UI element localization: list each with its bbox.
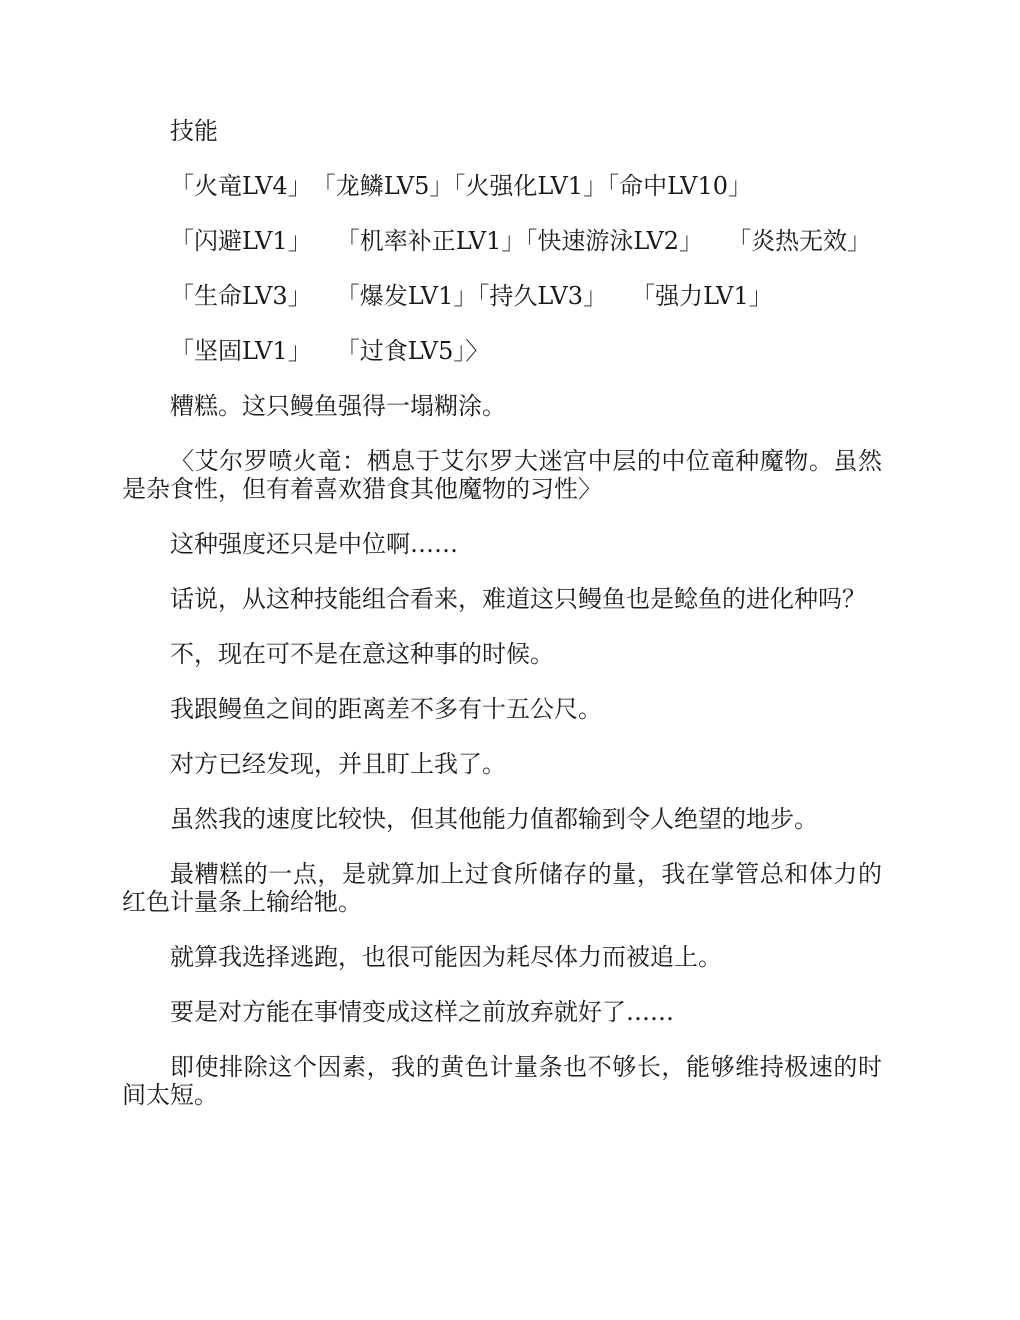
appraisal-description: 〈艾尔罗喷火竜：栖息于艾尔罗大迷宫中层的中位竜种魔物。虽然是杂食性，但有着喜欢猎… <box>122 447 882 503</box>
narration-line-9: 就算我选择逃跑，也很可能因为耗尽体力而被追上。 <box>122 943 882 971</box>
skill-line-3: 「生命LV3」 「爆发LV1」「持久LV3」 「强力LV1」 <box>122 282 882 310</box>
skill-line-4: 「坚固LV1」 「过食LV5」〉 <box>122 337 882 365</box>
skill-line-1: 「火竜LV4」 「龙鳞LV5」「火强化LV1」「命中LV10」 <box>122 172 882 200</box>
narration-line-4: 不，现在可不是在意这种事的时候。 <box>122 640 882 668</box>
narration-line-11: 即使排除这个因素，我的黄色计量条也不够长，能够维持极速的时间太短。 <box>122 1053 882 1109</box>
narration-line-6: 对方已经发现，并且盯上我了。 <box>122 750 882 778</box>
skill-line-2: 「闪避LV1」 「机率补正LV1」「快速游泳LV2」 「炎热无效」 <box>122 227 882 255</box>
narration-line-7: 虽然我的速度比较快，但其他能力值都输到令人绝望的地步。 <box>122 805 882 833</box>
narration-line-10: 要是对方能在事情变成这样之前放弃就好了…… <box>122 998 882 1026</box>
narration-line-3: 话说，从这种技能组合看来，难道这只鳗鱼也是鲶鱼的进化种吗？ <box>122 585 882 613</box>
narration-line-1: 糟糕。这只鳗鱼强得一塌糊涂。 <box>122 392 882 420</box>
novel-text-block: 技能 「火竜LV4」 「龙鳞LV5」「火强化LV1」「命中LV10」 「闪避LV… <box>122 117 882 1109</box>
skills-heading: 技能 <box>122 117 882 145</box>
narration-line-8: 最糟糕的一点，是就算加上过食所储存的量，我在掌管总和体力的红色计量条上输给牠。 <box>122 860 882 916</box>
narration-line-2: 这种强度还只是中位啊…… <box>122 530 882 558</box>
narration-line-5: 我跟鳗鱼之间的距离差不多有十五公尺。 <box>122 695 882 723</box>
novel-page: 技能 「火竜LV4」 「龙鳞LV5」「火强化LV1」「命中LV10」 「闪避LV… <box>0 0 1020 1320</box>
